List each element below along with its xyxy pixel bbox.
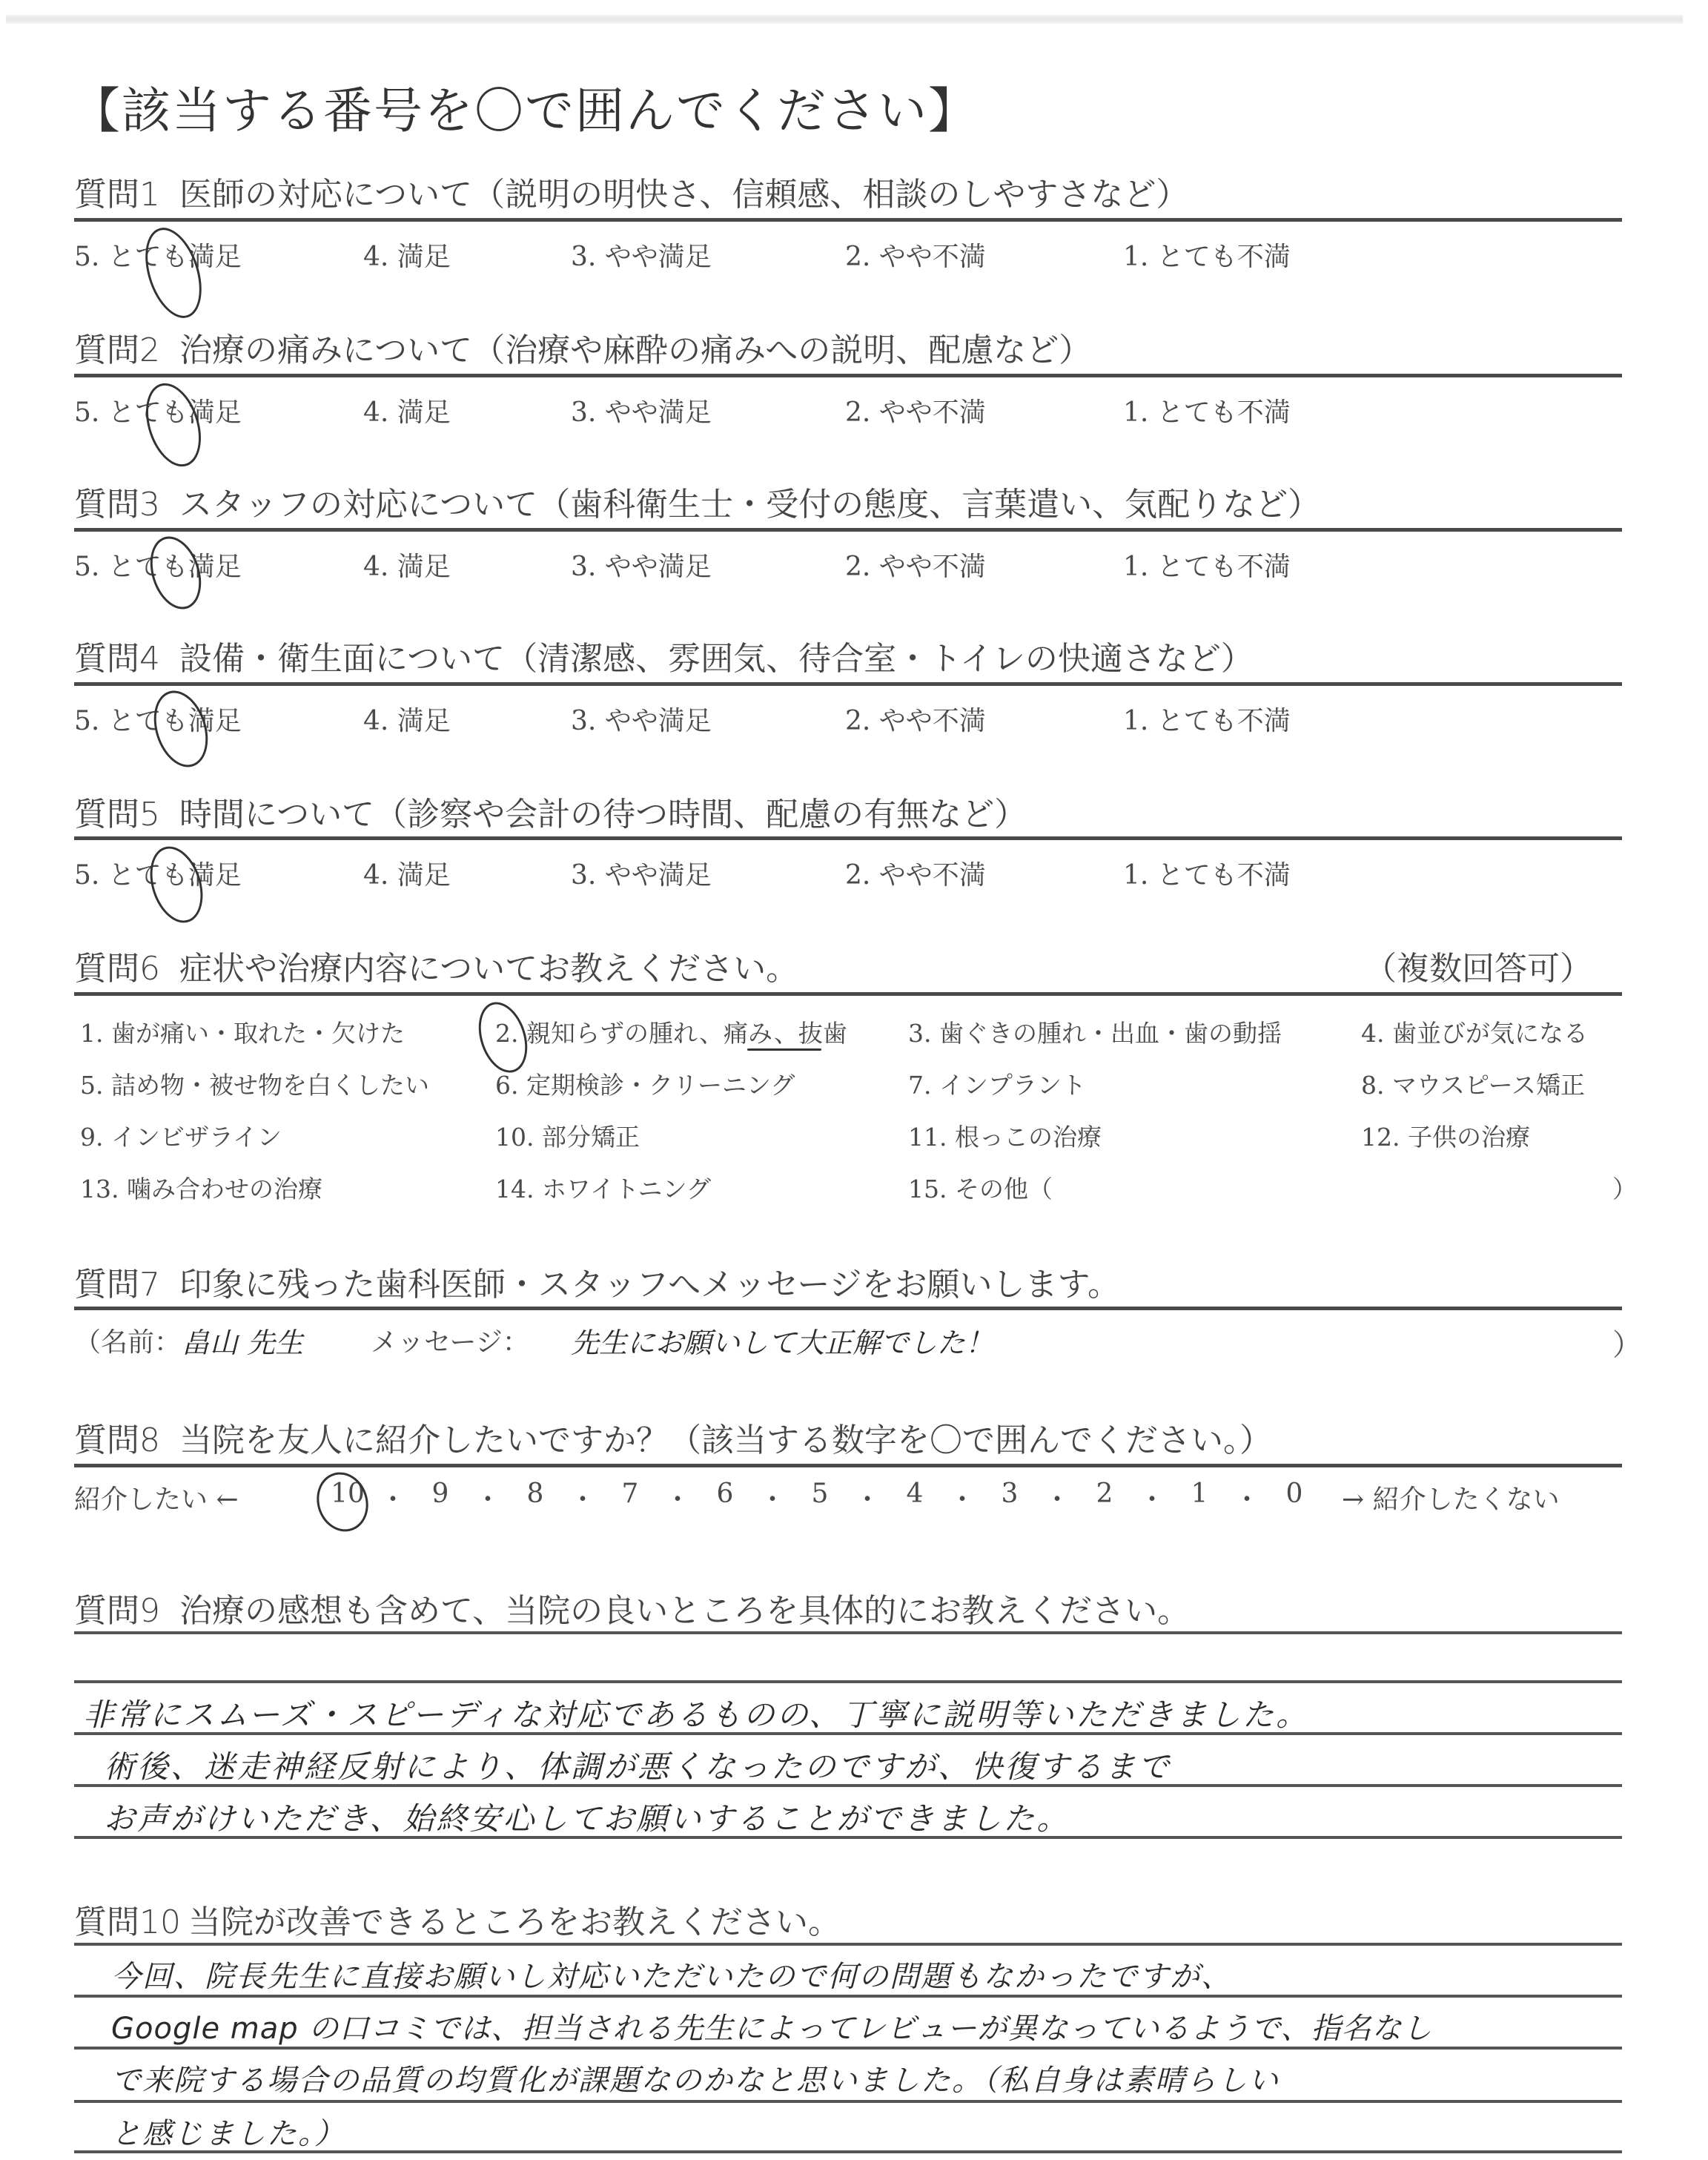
q6-option-12[interactable]: 12. 子供の治療 <box>1361 1118 1530 1153</box>
divider <box>74 992 1622 996</box>
divider <box>74 374 1622 377</box>
divider <box>74 836 1622 840</box>
answer-line <box>74 1943 1622 1946</box>
recommend-scale: 10 ・ 9 ・ 8 ・ 7 ・ 6 ・ 5 ・ 4 ・ 3 ・ 2 ・ 1 ・… <box>326 1479 1318 1516</box>
question-number: 質問9 <box>74 1592 160 1630</box>
scale-separator: ・ <box>1128 1479 1176 1516</box>
scale-value-2[interactable]: 2 <box>1081 1479 1128 1516</box>
q2-option-4[interactable]: 4. 満足 <box>363 392 451 429</box>
divider <box>74 528 1622 532</box>
handwritten-circle-mark <box>142 530 210 616</box>
answer-line <box>74 1680 1622 1683</box>
question-6-heading: 質問6症状や治療内容についてお教えください。 <box>74 942 798 989</box>
q9-answer-line-3[interactable]: お声がけいただき、始終安心してお願いすることができました。 <box>104 1794 1070 1839</box>
question-text: 設備・衛生面について（清潔感、雰囲気、待合室・トイレの快適さなど） <box>179 640 1254 678</box>
recommend-left-label: 紹介したい ← <box>74 1479 239 1516</box>
question-number: 質問6 <box>74 950 160 988</box>
q6-option-11[interactable]: 11. 根っこの治療 <box>908 1118 1102 1153</box>
question-3-heading: 質問3スタッフの対応について（歯科衛生士・受付の態度、言葉遣い、気配りなど） <box>74 478 1320 525</box>
q3-option-1[interactable]: 1. とても不満 <box>1123 546 1291 584</box>
q1-option-1[interactable]: 1. とても不満 <box>1123 236 1291 274</box>
question-5-heading: 質問5時間について（診察や会計の待つ時間、配慮の有無など） <box>74 787 1027 835</box>
name-label: （名前： <box>74 1321 181 1359</box>
question-text: 医師の対応について（説明の明快さ、信頼感、相談のしやすさなど） <box>179 176 1188 214</box>
question-text: スタッフの対応について（歯科衛生士・受付の態度、言葉遣い、気配りなど） <box>179 486 1320 524</box>
scale-separator: ・ <box>464 1479 512 1516</box>
q6-option-9[interactable]: 9. インビザライン <box>80 1118 282 1153</box>
question-9-heading: 質問9治療の感想も含めて、当院の良いところを具体的にお教えください。 <box>74 1584 1190 1631</box>
question-number: 質問7 <box>74 1266 160 1304</box>
question-text: 症状や治療内容についてお教えください。 <box>179 950 798 988</box>
message-label: メッセージ： <box>371 1321 529 1359</box>
question-text: 当院が改善できるところをお教えください。 <box>188 1903 841 1941</box>
scale-value-9[interactable]: 9 <box>417 1479 464 1516</box>
q1-option-4[interactable]: 4. 満足 <box>363 236 451 274</box>
q6-option-2[interactable]: 2. 親知らずの腫れ、痛み、抜歯 <box>495 1014 847 1049</box>
scale-separator: ・ <box>1223 1479 1271 1516</box>
q6-option-13[interactable]: 13. 噛み合わせの治療 <box>80 1170 322 1205</box>
q10-answer-line-1[interactable]: 今回、院長先生に直接お願いし対応いただいたので何の問題もなかったですが、 <box>111 1953 1232 1995</box>
question-text: 時間について（診察や会計の待つ時間、配慮の有無など） <box>179 796 1027 833</box>
question-text: 治療の感想も含めて、当院の良いところを具体的にお教えください。 <box>179 1592 1190 1630</box>
scale-value-8[interactable]: 8 <box>512 1479 559 1516</box>
q10-answer-line-4[interactable]: と感じました。） <box>111 2110 345 2153</box>
q5-option-1[interactable]: 1. とても不満 <box>1123 854 1291 892</box>
scale-separator: ・ <box>939 1479 986 1516</box>
scale-value-1[interactable]: 1 <box>1176 1479 1223 1516</box>
scale-separator: ・ <box>654 1479 701 1516</box>
scale-value-0[interactable]: 0 <box>1271 1479 1318 1516</box>
question-number: 質問2 <box>74 331 160 369</box>
q10-answer-line-2[interactable]: Google map の口コミでは、担当される先生によってレビューが異なっている… <box>111 2005 1433 2047</box>
scale-separator: ・ <box>559 1479 606 1516</box>
multiple-answers-note: （複数回答可） <box>1364 942 1592 989</box>
scale-value-6[interactable]: 6 <box>701 1479 749 1516</box>
divider <box>74 1307 1622 1310</box>
q10-answer-line-3[interactable]: で来院する場合の品質の均質化が課題なのかなと思いました。（私自身は素晴らしい <box>111 2057 1280 2099</box>
q6-option-10[interactable]: 10. 部分矯正 <box>495 1118 640 1153</box>
question-4-heading: 質問4設備・衛生面について（清潔感、雰囲気、待合室・トイレの快適さなど） <box>74 632 1254 679</box>
question-7-heading: 質問7印象に残った歯科医師・スタッフへメッセージをお願いします。 <box>74 1258 1120 1305</box>
handwritten-circle-mark <box>141 839 212 929</box>
question-text: 印象に残った歯科医師・スタッフへメッセージをお願いします。 <box>179 1266 1120 1304</box>
question-text: 治療の痛みについて（治療や麻酔の痛みへの説明、配慮など） <box>179 331 1091 369</box>
question-number: 質問1 <box>74 176 160 214</box>
q6-option-14[interactable]: 14. ホワイトニング <box>495 1170 711 1205</box>
q9-answer-line-1[interactable]: 非常にスムーズ・スピーディな対応であるものの、丁寧に説明等いただきました。 <box>83 1691 1309 1735</box>
q6-option-15-other[interactable]: 15. その他（ <box>908 1170 1053 1205</box>
scale-value-4[interactable]: 4 <box>891 1479 939 1516</box>
question-text: 当院を友人に紹介したいですか？（該当する数字を〇で囲んでください。） <box>179 1421 1272 1459</box>
scale-separator: ・ <box>1033 1479 1081 1516</box>
question-10-heading: 質問10当院が改善できるところをお教えください。 <box>74 1895 841 1943</box>
question-number: 質問4 <box>74 640 160 678</box>
question-number: 質問8 <box>74 1421 160 1459</box>
q5-option-2[interactable]: 2. やや不満 <box>845 854 986 892</box>
scale-value-3[interactable]: 3 <box>986 1479 1033 1516</box>
q4-option-4[interactable]: 4. 満足 <box>363 700 451 738</box>
divider <box>74 1464 1622 1467</box>
q6-option-5[interactable]: 5. 詰め物・被せ物を白くしたい <box>80 1066 429 1101</box>
q9-answer-line-2[interactable]: 術後、迷走神経反射により、体調が悪くなったのですが、快復するまで <box>104 1743 1171 1787</box>
handwritten-underline-mark <box>747 1048 821 1051</box>
q2-option-2[interactable]: 2. やや不満 <box>845 392 986 429</box>
handwritten-circle-mark <box>145 684 216 774</box>
q4-option-3[interactable]: 3. やや満足 <box>571 700 712 738</box>
instruction-title: 【該当する番号を〇で囲んでください】 <box>71 71 979 142</box>
question-2-heading: 質問2治療の痛みについて（治療や麻酔の痛みへの説明、配慮など） <box>74 323 1091 371</box>
q6-option-7[interactable]: 7. インプラント <box>908 1066 1086 1101</box>
name-field[interactable]: 畠山 先生 <box>182 1320 303 1361</box>
scale-separator: ・ <box>369 1479 417 1516</box>
q5-option-4[interactable]: 4. 満足 <box>363 854 451 892</box>
scan-top-edge <box>6 15 1683 24</box>
q1-option-2[interactable]: 2. やや不満 <box>845 236 986 274</box>
q5-option-3[interactable]: 3. やや満足 <box>571 854 712 892</box>
q1-option-3[interactable]: 3. やや満足 <box>571 236 712 274</box>
answer-line <box>74 1631 1622 1634</box>
q4-option-1[interactable]: 1. とても不満 <box>1123 700 1291 738</box>
message-field[interactable]: 先生にお願いして大正解でした！ <box>571 1320 993 1361</box>
scale-value-7[interactable]: 7 <box>606 1479 654 1516</box>
q3-option-3[interactable]: 3. やや満足 <box>571 546 712 584</box>
divider <box>74 682 1622 686</box>
q2-option-1[interactable]: 1. とても不満 <box>1123 392 1291 429</box>
q3-option-2[interactable]: 2. やや不満 <box>845 546 986 584</box>
divider <box>74 218 1622 222</box>
q6-option-8[interactable]: 8. マウスピース矯正 <box>1361 1066 1585 1101</box>
answer-line <box>74 2100 1622 2103</box>
scale-separator: ・ <box>844 1479 891 1516</box>
q2-option-3[interactable]: 3. やや満足 <box>571 392 712 429</box>
scale-separator: ・ <box>749 1479 796 1516</box>
handwritten-circle-mark <box>309 1465 376 1538</box>
q6-option-3[interactable]: 3. 歯ぐきの腫れ・出血・歯の動揺 <box>908 1014 1282 1049</box>
q6-option-1[interactable]: 1. 歯が痛い・取れた・欠けた <box>80 1014 405 1049</box>
question-8-heading: 質問8当院を友人に紹介したいですか？（該当する数字を〇で囲んでください。） <box>74 1413 1272 1461</box>
q3-option-4[interactable]: 4. 満足 <box>363 546 451 584</box>
message-close-paren: ） <box>1612 1321 1642 1364</box>
q4-option-2[interactable]: 2. やや不満 <box>845 700 986 738</box>
recommend-right-label: → 紹介したくない <box>1342 1479 1560 1516</box>
q6-option-4[interactable]: 4. 歯並びが気になる <box>1361 1014 1588 1049</box>
question-number: 質問10 <box>74 1903 181 1941</box>
q6-other-close-paren: ） <box>1612 1170 1637 1205</box>
scale-value-5[interactable]: 5 <box>796 1479 844 1516</box>
question-1-heading: 質問1医師の対応について（説明の明快さ、信頼感、相談のしやすさなど） <box>74 168 1188 215</box>
q6-option-6[interactable]: 6. 定期検診・クリーニング <box>495 1066 795 1101</box>
question-number: 質問5 <box>74 796 160 833</box>
question-number: 質問3 <box>74 486 160 524</box>
